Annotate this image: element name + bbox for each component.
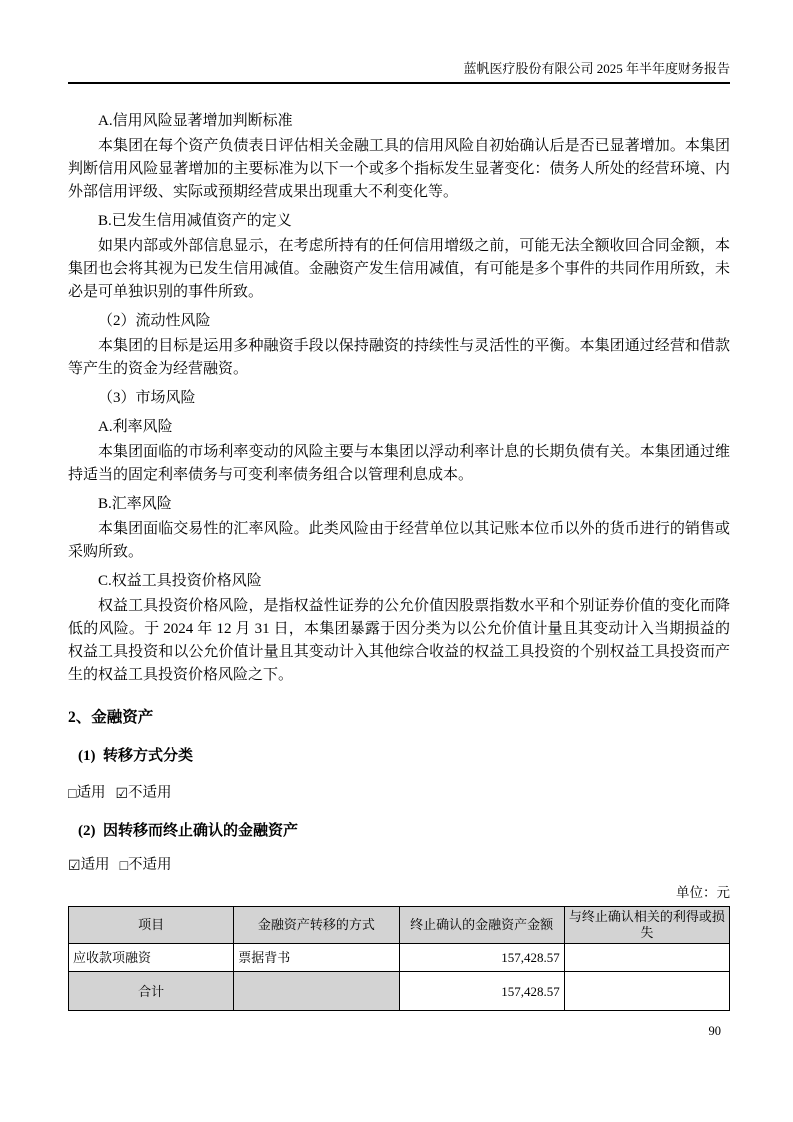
column-header-transfer-method: 金融资产转移的方式 bbox=[234, 907, 399, 944]
risk-section-text: A.信用风险显著增加判断标准 本集团在每个资产负债表日评估相关金融工具的信用风险… bbox=[68, 110, 730, 687]
paragraph-liquidity-risk: 本集团的目标是运用多种融资手段以保持融资的持续性与灵活性的平衡。本集团通过经营和… bbox=[68, 335, 730, 381]
paragraph-exchange-rate-risk: 本集团面临交易性的汇率风险。此类风险由于经营单位以其记账本位币以外的货币进行的销… bbox=[68, 518, 730, 564]
subheading-derecognized-assets: (2) 因转移而终止确认的金融资产 bbox=[68, 820, 730, 843]
column-header-item: 项目 bbox=[69, 907, 234, 944]
checkbox-checked-icon: ☑ bbox=[115, 788, 128, 802]
subheading-market-risk: （3）市场风险 bbox=[68, 387, 730, 410]
derecognized-assets-table: 项目 金融资产转移的方式 终止确认的金融资产金额 与终止确认相关的利得或损失 应… bbox=[68, 906, 730, 1011]
checkbox-unchecked-icon: □ bbox=[120, 860, 128, 874]
checkbox-unchecked-icon: □ bbox=[68, 788, 76, 802]
subheading-number: (2) bbox=[78, 823, 96, 839]
applicability-line-1: □适用☑不适用 bbox=[68, 782, 730, 805]
table-total-row: 合计 157,428.57 bbox=[69, 972, 730, 1011]
cell-amount: 157,428.57 bbox=[399, 944, 564, 972]
subheading-credit-impaired-definition: B.已发生信用减值资产的定义 bbox=[68, 210, 730, 233]
applicability-line-2: ☑适用□不适用 bbox=[68, 854, 730, 877]
cell-gain-loss bbox=[564, 944, 729, 972]
subheading-exchange-rate-risk: B.汇率风险 bbox=[68, 493, 730, 516]
subheading-text: 转移方式分类 bbox=[103, 748, 193, 764]
paragraph-credit-impaired-definition: 如果内部或外部信息显示，在考虑所持有的任何信用增级之前，可能无法全额收回合同金额… bbox=[68, 235, 730, 304]
cell-total-amount: 157,428.57 bbox=[399, 972, 564, 1011]
subheading-transfer-classification: (1) 转移方式分类 bbox=[68, 745, 730, 768]
cell-transfer-method: 票据背书 bbox=[234, 944, 399, 972]
financial-assets-section: 2、金融资产 (1) 转移方式分类 □适用☑不适用 (2) 因转移而终止确认的金… bbox=[68, 706, 730, 1011]
subheading-credit-risk-criteria: A.信用风险显著增加判断标准 bbox=[68, 110, 730, 133]
heading-financial-assets: 2、金融资产 bbox=[68, 706, 730, 730]
paragraph-equity-price-risk: 权益工具投资价格风险，是指权益性证券的公允价值因股票指数水平和个别证券价值的变化… bbox=[68, 595, 730, 687]
cell-transfer-method bbox=[234, 972, 399, 1011]
cell-total-label: 合计 bbox=[69, 972, 234, 1011]
subheading-number: (1) bbox=[78, 748, 96, 764]
checkbox-checked-icon: ☑ bbox=[68, 860, 81, 874]
applicable-label: 适用 bbox=[76, 785, 105, 801]
report-page: 蓝帆医疗股份有限公司 2025 年半年度财务报告 A.信用风险显著增加判断标准 … bbox=[0, 0, 793, 1122]
table-header-row: 项目 金融资产转移的方式 终止确认的金融资产金额 与终止确认相关的利得或损失 bbox=[69, 907, 730, 944]
paragraph-credit-risk-criteria: 本集团在每个资产负债表日评估相关金融工具的信用风险自初始确认后是否已显著增加。本… bbox=[68, 135, 730, 204]
subheading-liquidity-risk: （2）流动性风险 bbox=[68, 310, 730, 333]
table-row: 应收款项融资 票据背书 157,428.57 bbox=[69, 944, 730, 972]
applicable-label: 适用 bbox=[81, 857, 110, 873]
column-header-gain-loss: 与终止确认相关的利得或损失 bbox=[564, 907, 729, 944]
report-title: 蓝帆医疗股份有限公司 2025 年半年度财务报告 bbox=[463, 58, 730, 77]
page-number: 90 bbox=[709, 1024, 722, 1039]
paragraph-interest-rate-risk: 本集团面临的市场利率变动的风险主要与本集团以浮动利率计息的长期负债有关。本集团通… bbox=[68, 441, 730, 487]
not-applicable-label: 不适用 bbox=[128, 785, 172, 801]
not-applicable-label: 不适用 bbox=[128, 857, 172, 873]
cell-item: 应收款项融资 bbox=[69, 944, 234, 972]
page-header: 蓝帆医疗股份有限公司 2025 年半年度财务报告 bbox=[68, 0, 730, 84]
cell-gain-loss bbox=[564, 972, 729, 1011]
column-header-derecognized-amount: 终止确认的金融资产金额 bbox=[399, 907, 564, 944]
subheading-interest-rate-risk: A.利率风险 bbox=[68, 416, 730, 439]
subheading-equity-price-risk: C.权益工具投资价格风险 bbox=[68, 570, 730, 593]
subheading-text: 因转移而终止确认的金融资产 bbox=[103, 823, 298, 839]
unit-label: 单位：元 bbox=[68, 883, 730, 903]
